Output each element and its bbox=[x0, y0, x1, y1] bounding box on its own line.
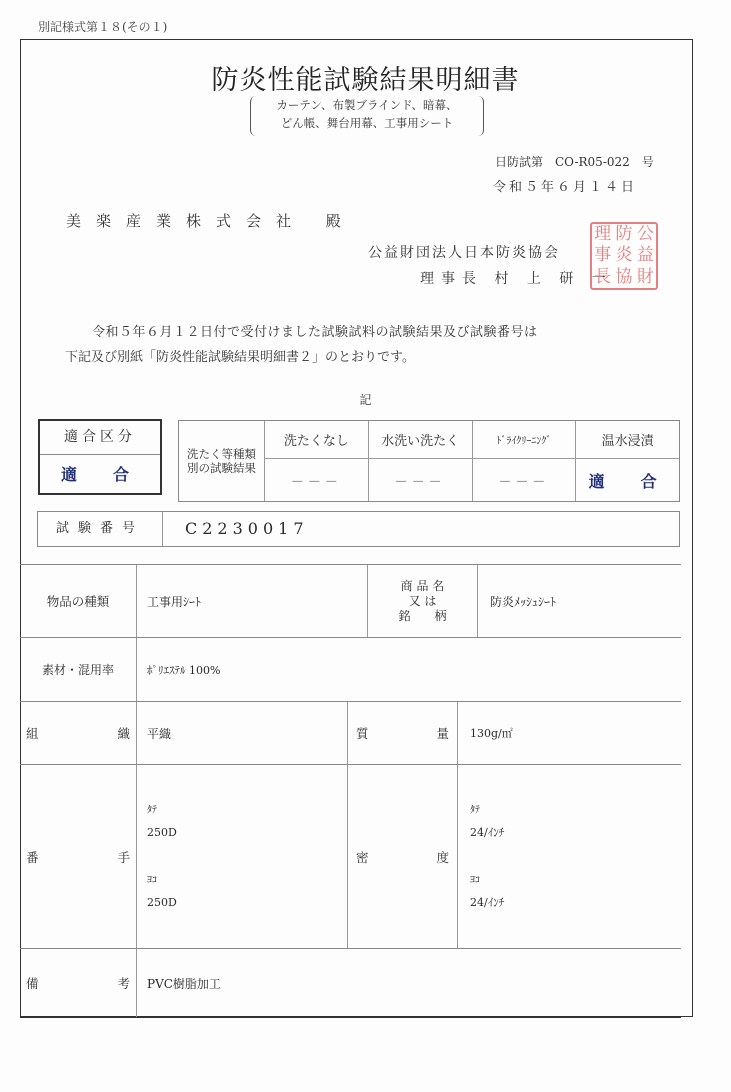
conformity-label: 適合区分 bbox=[40, 421, 160, 455]
issuer-chairman: 理事長 村 上 研 一 bbox=[420, 268, 613, 288]
subtitle-line-1: カーテン、布製ブラインド、暗幕、 bbox=[251, 96, 483, 114]
test-number-label: 試験番号 bbox=[38, 512, 163, 546]
yarn-warp-label: ﾀﾃ bbox=[147, 800, 157, 822]
conformity-value: 適 合 bbox=[40, 455, 160, 495]
density-weft-label: ﾖｺ bbox=[470, 870, 480, 892]
wash-results-table: 洗たく等種類 別の試験結果 洗たくなし 水洗い洗たく ﾄﾞﾗｲｸﾘｰﾆﾝｸﾞ 温… bbox=[178, 420, 680, 502]
seal-char: 公 bbox=[635, 224, 656, 245]
wash-result: －－－ bbox=[264, 459, 368, 501]
density-label-a: 密 bbox=[356, 848, 369, 866]
subtitle-line-2: どん帳、舞台用幕、工事用シート bbox=[251, 114, 483, 132]
product-name-label-line: 商 品 名 bbox=[401, 579, 445, 594]
seal-char: 協 bbox=[613, 267, 634, 288]
yarn-count-label: 番 手 bbox=[20, 765, 137, 948]
form-label: 別記様式第１８(その１) bbox=[38, 18, 167, 35]
seal-char: 事 bbox=[592, 245, 613, 266]
wash-result: －－－ bbox=[368, 459, 472, 501]
weave-label-b: 織 bbox=[117, 724, 130, 742]
item-type-value: 工事用ｼｰﾄ bbox=[137, 565, 367, 637]
test-number-value: C2230017 bbox=[163, 512, 309, 546]
spec-row-item: 物品の種類 工事用ｼｰﾄ 商 品 名 又 は 銘 柄 防炎ﾒｯｼｭｼｰﾄ bbox=[20, 565, 681, 638]
material-label: 素材・混用率 bbox=[20, 638, 137, 701]
density-warp-value: 24/ｲﾝﾁ bbox=[470, 822, 504, 844]
yarn-count-values: ﾀﾃ 250D ﾖｺ 250D bbox=[137, 765, 347, 948]
wash-result: －－－ bbox=[472, 459, 576, 501]
density-weft-value: 24/ｲﾝﾁ bbox=[470, 892, 504, 914]
weave-value: 平織 bbox=[137, 702, 367, 764]
document-title: 防炎性能試験結果明細書 bbox=[0, 58, 731, 97]
remarks-label-b: 考 bbox=[117, 974, 130, 992]
spec-row-weave: 組 織 平織 質 量 130g/㎡ bbox=[20, 702, 681, 765]
seal-char: 財 bbox=[635, 267, 656, 288]
body-text-line-1: 令和５年６月１２日付で受付けました試験試料の試験結果及び試験番号は bbox=[92, 321, 538, 340]
document-date: 令和５年６月１４日 bbox=[493, 176, 637, 195]
remarks-label-a: 備 bbox=[26, 974, 39, 992]
seal-char: 炎 bbox=[613, 245, 634, 266]
document-number: 日防試第 CO-R05-022 号 bbox=[495, 153, 654, 170]
weight-label-a: 質 bbox=[356, 724, 369, 742]
seal-char: 理 bbox=[592, 224, 613, 245]
body-text-line-2: 下記及び別紙「防炎性能試験結果明細書２」のとおりです。 bbox=[65, 346, 415, 365]
weave-label: 組 織 bbox=[20, 702, 137, 764]
wash-col-header: ﾄﾞﾗｲｸﾘｰﾆﾝｸﾞ bbox=[472, 421, 576, 459]
wash-row-header-line-2: 別の試験結果 bbox=[187, 461, 256, 475]
seal-char: 長 bbox=[592, 267, 613, 288]
product-name-label: 商 品 名 又 は 銘 柄 bbox=[367, 565, 478, 637]
density-label: 密 度 bbox=[347, 765, 458, 948]
wash-row-header: 洗たく等種類 別の試験結果 bbox=[179, 421, 264, 501]
recipient: 美楽産業株式会社 殿 bbox=[66, 210, 356, 231]
spec-row-material: 素材・混用率 ﾎﾟﾘｴｽﾃﾙ 100% bbox=[20, 638, 681, 702]
yarn-count-label-b: 手 bbox=[117, 848, 130, 866]
weight-label: 質 量 bbox=[347, 702, 458, 764]
density-warp-label: ﾀﾃ bbox=[470, 800, 480, 822]
product-name-label-line: 銘 柄 bbox=[398, 609, 446, 624]
wash-row-header-line-1: 洗たく等種類 bbox=[187, 447, 256, 461]
yarn-weft-value: 250D bbox=[147, 892, 177, 914]
conformity-box: 適合区分 適 合 bbox=[38, 419, 162, 495]
product-name-label-line: 又 は bbox=[409, 594, 437, 609]
product-name-value: 防炎ﾒｯｼｭｼｰﾄ bbox=[478, 565, 556, 637]
yarn-count-label-a: 番 bbox=[26, 848, 39, 866]
density-label-b: 度 bbox=[436, 848, 449, 866]
weight-label-b: 量 bbox=[436, 724, 449, 742]
wash-col-header: 水洗い洗たく bbox=[368, 421, 472, 459]
material-value: ﾎﾟﾘｴｽﾃﾙ 100% bbox=[137, 638, 220, 701]
seal-char: 益 bbox=[635, 245, 656, 266]
test-number-row: 試験番号 C2230017 bbox=[37, 511, 680, 547]
wash-result: 適 合 bbox=[575, 459, 679, 501]
density-values: ﾀﾃ 24/ｲﾝﾁ ﾖｺ 24/ｲﾝﾁ bbox=[458, 765, 504, 948]
yarn-weft-label: ﾖｺ bbox=[147, 870, 157, 892]
remarks-label: 備 考 bbox=[20, 949, 137, 1017]
weight-value: 130g/㎡ bbox=[458, 702, 513, 764]
weave-label-a: 組 bbox=[26, 724, 39, 742]
remarks-value: PVC樹脂加工 bbox=[137, 949, 221, 1017]
official-seal-icon: 理 防 公 事 炎 益 長 協 財 bbox=[590, 222, 658, 290]
wash-col-header: 洗たくなし bbox=[264, 421, 368, 459]
item-type-label: 物品の種類 bbox=[20, 565, 137, 637]
seal-char: 防 bbox=[613, 224, 634, 245]
issuer-organization: 公益財団法人日本防炎協会 bbox=[368, 242, 560, 262]
yarn-warp-value: 250D bbox=[147, 822, 177, 844]
spec-table: 物品の種類 工事用ｼｰﾄ 商 品 名 又 は 銘 柄 防炎ﾒｯｼｭｼｰﾄ 素材・… bbox=[20, 564, 681, 1017]
wash-col-header: 温水浸漬 bbox=[575, 421, 679, 459]
subtitle-bracket: カーテン、布製ブラインド、暗幕、 どん帳、舞台用幕、工事用シート bbox=[250, 96, 484, 136]
spec-row-remarks: 備 考 PVC樹脂加工 bbox=[20, 949, 681, 1018]
ki-heading: 記 bbox=[0, 391, 731, 408]
spec-row-yarn: 番 手 ﾀﾃ 250D ﾖｺ 250D 密 度 ﾀﾃ 24/ｲﾝﾁ ﾖｺ 24/… bbox=[20, 765, 681, 949]
